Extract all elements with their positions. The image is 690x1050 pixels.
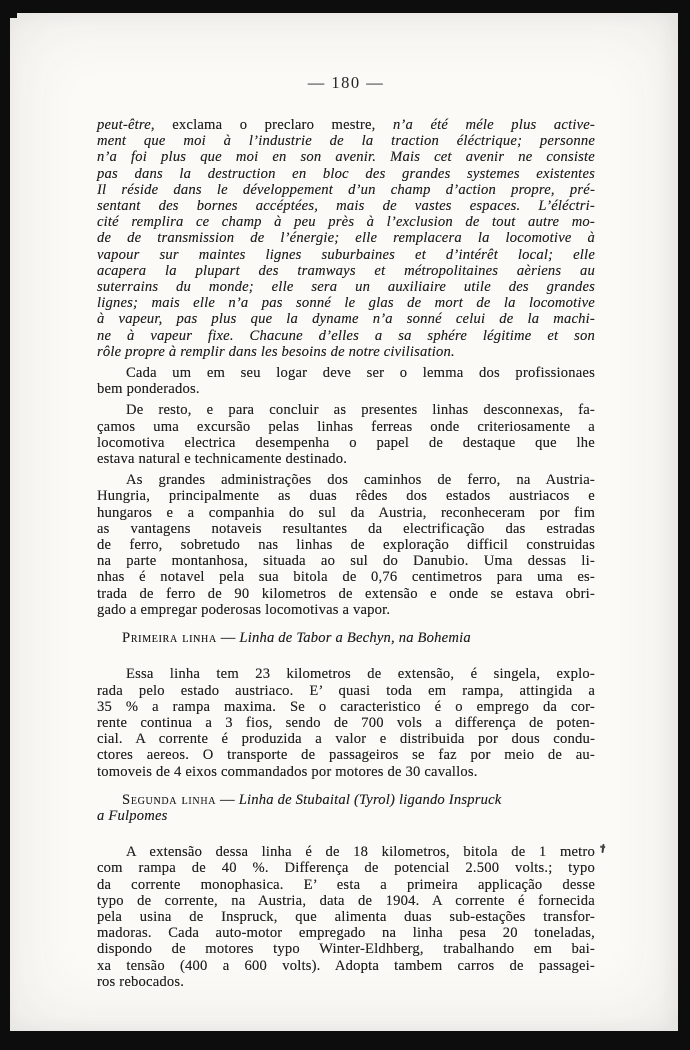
text-line: nhas é notavel pela sua bitola de 0,76 c… bbox=[97, 569, 595, 585]
text-line: xa tensão (400 a 600 volts). Adopta tamb… bbox=[97, 958, 595, 974]
text-line: Hungria, principalmente as duas rêdes do… bbox=[97, 488, 595, 504]
text-segment: Linha de Tabor a Bechyn, na Bohemia bbox=[239, 630, 470, 646]
text-line: rente continua a 3 fios, sendo de 700 vo… bbox=[97, 715, 595, 731]
heading-line: a Fulpomes bbox=[97, 808, 595, 824]
paragraph: De resto, e para concluir as presentes l… bbox=[97, 402, 595, 467]
text-line: na parte montanhosa, situada ao sul do D… bbox=[97, 553, 595, 569]
heading-line: Segunda linha — Linha de Stubaital (Tyro… bbox=[97, 792, 595, 808]
text-line: ros rebocados. bbox=[97, 974, 595, 990]
paragraph: Cada um em seu logar deve ser o lemma do… bbox=[97, 365, 595, 397]
text-line: pas dans la destruction en bloc des gran… bbox=[97, 166, 595, 182]
page-body: peut-être, exclama o preclaro mestre, n’… bbox=[97, 117, 595, 995]
text-line: n’a foi plus que moi en son avenir. Mais… bbox=[97, 149, 595, 165]
text-line: trada de ferro de 90 kilometros de exten… bbox=[97, 586, 595, 602]
text-segment: exclama o preclaro mestre, bbox=[172, 117, 393, 133]
text-line: gado a empregar poderosas locomotivas a … bbox=[97, 602, 595, 618]
paragraph: A extensão dessa linha é de 18 kilometro… bbox=[97, 844, 595, 990]
text-line: cial. A corrente é produzida a valor e d… bbox=[97, 731, 595, 747]
text-line: ctores aereos. O transporte de passageir… bbox=[97, 747, 595, 763]
text-line: sentant des bornes accéptées, mais de va… bbox=[97, 198, 595, 214]
text-line: as vantagens notaveis resultantes da ele… bbox=[97, 521, 595, 537]
text-line: 35 % a rampa maxima. Se o caracteristico… bbox=[97, 699, 595, 715]
text-line: Cada um em seu logar deve ser o lemma do… bbox=[97, 365, 595, 381]
text-segment: Segunda linha bbox=[122, 792, 216, 808]
ink-speck bbox=[601, 844, 604, 853]
text-segment: Linha de Stubaital (Tyrol) ligando Inspr… bbox=[239, 792, 502, 808]
text-line: typo de corrente, na Austria, data de 19… bbox=[97, 893, 595, 909]
text-line: com rampa de 40 %. Differença de potenci… bbox=[97, 860, 595, 876]
text-line: vapour sur maintes lignes suburbaines et… bbox=[97, 247, 595, 263]
paragraph: peut-être, exclama o preclaro mestre, n’… bbox=[97, 117, 595, 360]
text-segment: — bbox=[217, 630, 240, 646]
text-line: de de transmission de l’énergie; elle re… bbox=[97, 230, 595, 246]
paper: — 180 — peut-être, exclama o preclaro me… bbox=[10, 13, 678, 1031]
text-line: dispondo de motores typo Winter-Eldhberg… bbox=[97, 941, 595, 957]
text-line: De resto, e para concluir as presentes l… bbox=[97, 402, 595, 418]
text-line: ment que moi à l’industrie de la tractio… bbox=[97, 133, 595, 149]
scanned-page: — 180 — peut-être, exclama o preclaro me… bbox=[0, 0, 690, 1050]
text-segment: Primeira linha bbox=[122, 630, 217, 646]
text-line: A extensão dessa linha é de 18 kilometro… bbox=[97, 844, 595, 860]
text-line: rôle propre à remplir dans les besoins d… bbox=[97, 344, 595, 360]
text-line: peut-être, exclama o preclaro mestre, n’… bbox=[97, 117, 595, 133]
text-line: ne à vapeur fixe. Chacune d’elles a sa s… bbox=[97, 328, 595, 344]
text-line: lignes; mais elle n’a pas sonné le glas … bbox=[97, 295, 595, 311]
text-segment: — bbox=[216, 792, 239, 808]
text-segment: a Fulpomes bbox=[97, 808, 168, 824]
text-line: cité remplira ce champ à peu près à l’ex… bbox=[97, 214, 595, 230]
page-number: — 180 — bbox=[97, 73, 595, 93]
text-segment: n’a été méle plus active- bbox=[393, 117, 595, 133]
paragraph: Essa linha tem 23 kilometros de extensão… bbox=[97, 666, 595, 779]
text-line: hungaros e a companhia do sul da Austria… bbox=[97, 505, 595, 521]
section-heading: Segunda linha — Linha de Stubaital (Tyro… bbox=[97, 792, 595, 824]
section-heading: Primeira linha — Linha de Tabor a Bechyn… bbox=[97, 630, 595, 646]
text-line: pela usina de Inspruck, que alimenta dua… bbox=[97, 909, 595, 925]
text-line: suterrains du monde; elle sera un auxili… bbox=[97, 279, 595, 295]
heading-line: Primeira linha — Linha de Tabor a Bechyn… bbox=[97, 630, 595, 646]
text-line: tomoveis de 4 eixos commandados por moto… bbox=[97, 764, 595, 780]
text-line: estava natural e technicamente destinado… bbox=[97, 451, 595, 467]
text-line: bem ponderados. bbox=[97, 381, 595, 397]
paragraph: As grandes administrações dos caminhos d… bbox=[97, 472, 595, 618]
text-line: Il réside dans le développement d’un cha… bbox=[97, 182, 595, 198]
text-line: As grandes administrações dos caminhos d… bbox=[97, 472, 595, 488]
text-line: locomotiva electrica desempenha o papel … bbox=[97, 435, 595, 451]
text-line: madoras. Cada auto-motor empregado na li… bbox=[97, 925, 595, 941]
text-line: çamos uma excursão pelas linhas ferreas … bbox=[97, 419, 595, 435]
text-line: de ferro, sobretudo nas linhas de explor… bbox=[97, 537, 595, 553]
text-line: Essa linha tem 23 kilometros de extensão… bbox=[97, 666, 595, 682]
text-line: acapera la plupart des tramways et métro… bbox=[97, 263, 595, 279]
scan-border-notch bbox=[8, 12, 17, 18]
text-line: da corrente monophasica. E’ esta a prime… bbox=[97, 877, 595, 893]
text-segment: peut-être, bbox=[97, 117, 172, 133]
text-line: rada pelo estado austriaco. E’ quasi tod… bbox=[97, 683, 595, 699]
text-line: à vapeur, pas plus que la dyname n’a son… bbox=[97, 311, 595, 327]
